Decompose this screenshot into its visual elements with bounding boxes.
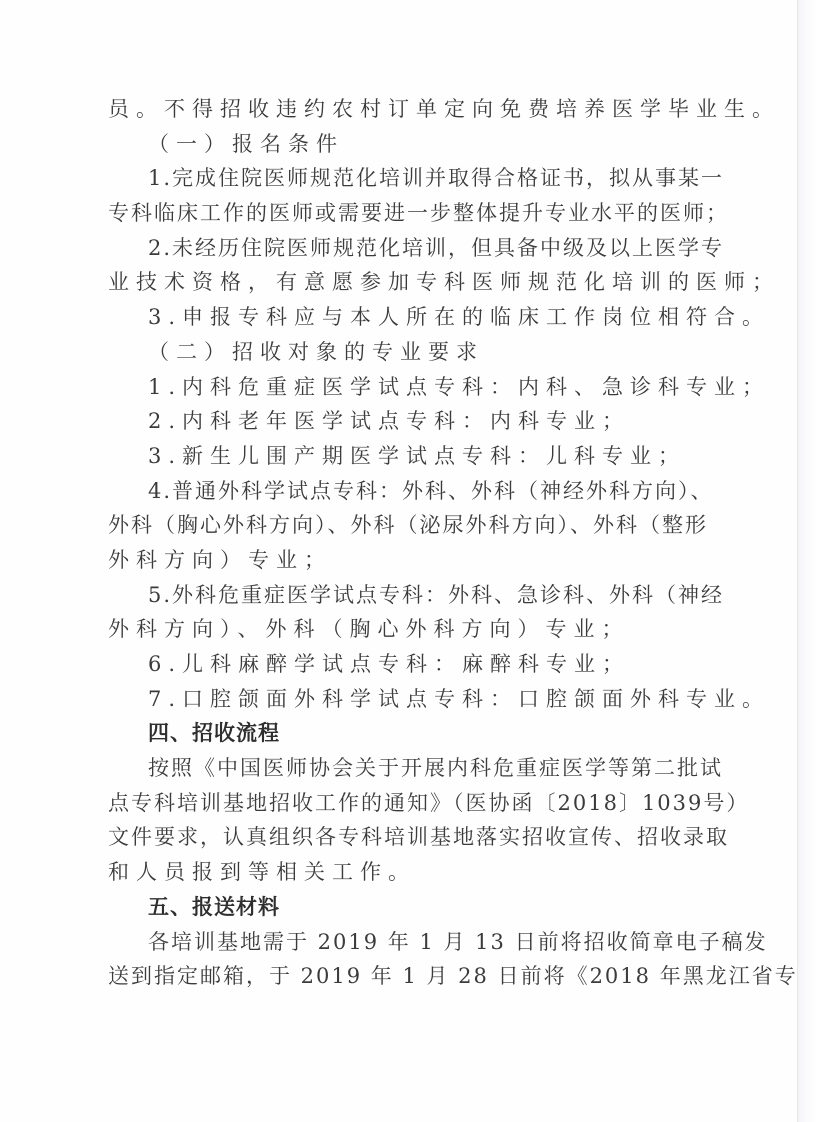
subsection-title-registration-conditions: （一）报名条件 [108, 127, 692, 162]
specialty-item-3: 3.新生儿围产期医学试点专科：儿科专业； [108, 439, 692, 474]
condition-item-3: 3.申报专科应与本人所在的临床工作岗位相符合。 [108, 300, 692, 335]
document-body: 员。不得招收违约农村订单定向免费培养医学毕业生。 （一）报名条件 1.完成住院医… [108, 92, 692, 994]
condition-item-1: 1.完成住院医师规范化培训并取得合格证书，拟从事某一 [108, 161, 692, 196]
materials-paragraph-line-2: 送到指定邮箱，于 2019 年 1 月 28 日前将《2018 年黑龙江省专 [108, 959, 692, 994]
scan-edge-line [797, 0, 798, 1122]
specialty-item-7: 7.口腔颌面外科学试点专科：口腔颌面外科专业。 [108, 682, 692, 717]
subsection-title-specialty-requirements: （二）招收对象的专业要求 [108, 335, 692, 370]
specialty-item-5-cont: 外科方向）、外科（胸心外科方向）专业； [108, 612, 692, 647]
condition-item-2-cont: 业技术资格，有意愿参加专科医师规范化培训的医师； [108, 265, 692, 300]
specialty-item-4: 4.普通外科学试点专科：外科、外科（神经外科方向）、 [108, 474, 692, 509]
section-heading-recruitment-process: 四、招收流程 [108, 716, 692, 751]
scanned-page: 员。不得招收违约农村订单定向免费培养医学毕业生。 （一）报名条件 1.完成住院医… [0, 0, 816, 1122]
specialty-item-4-cont-2: 外科方向）专业； [108, 543, 692, 578]
condition-item-2: 2.未经历住院医师规范化培训，但具备中级及以上医学专 [108, 231, 692, 266]
paragraph-line-continuation: 员。不得招收违约农村订单定向免费培养医学毕业生。 [108, 92, 692, 127]
process-paragraph-line-2: 点专科培训基地招收工作的通知》（医协函〔2018〕1039号） [108, 786, 692, 821]
specialty-item-1: 1.内科危重症医学试点专科：内科、急诊科专业； [108, 370, 692, 405]
scan-shadow-edge [797, 0, 816, 1122]
section-heading-submission-materials: 五、报送材料 [108, 890, 692, 925]
process-paragraph-line-4: 和人员报到等相关工作。 [108, 855, 692, 890]
materials-paragraph-line-1: 各培训基地需于 2019 年 1 月 13 日前将招收简章电子稿发 [108, 925, 692, 960]
process-paragraph-line-3: 文件要求，认真组织各专科培训基地落实招收宣传、招收录取 [108, 820, 692, 855]
specialty-item-5: 5.外科危重症医学试点专科：外科、急诊科、外科（神经 [108, 578, 692, 613]
specialty-item-2: 2.内科老年医学试点专科：内科专业； [108, 404, 692, 439]
condition-item-1-cont: 专科临床工作的医师或需要进一步整体提升专业水平的医师； [108, 196, 692, 231]
specialty-item-6: 6.儿科麻醉学试点专科：麻醉科专业； [108, 647, 692, 682]
specialty-item-4-cont: 外科（胸心外科方向）、外科（泌尿外科方向）、外科（整形 [108, 508, 692, 543]
process-paragraph-line-1: 按照《中国医师协会关于开展内科危重症医学等第二批试 [108, 751, 692, 786]
